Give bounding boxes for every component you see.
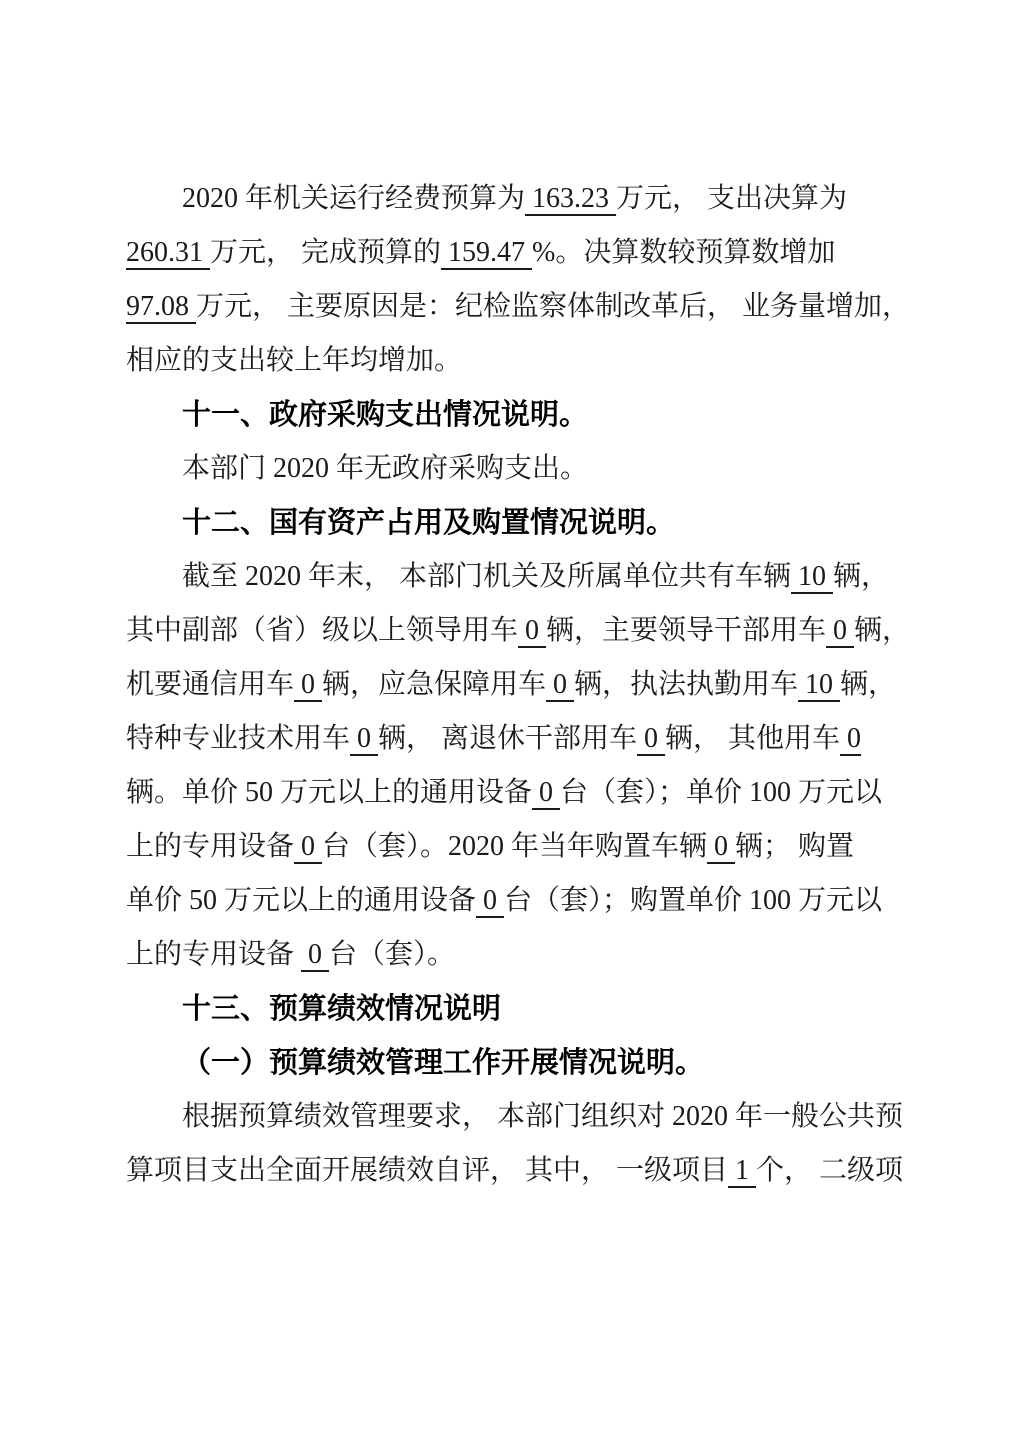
text-line: 上的专用设备 0 台（套）。2020 年当年购置车辆 0 辆； 购置 <box>126 820 926 874</box>
text-run: 十一、政府采购支出情况说明。 <box>182 399 588 431</box>
text-run: 算项目支出全面开展绩效自评， 其中， 一级项目 <box>126 1155 728 1186</box>
document-page: 2020 年机关运行经费预算为 163.23 万元， 支出决算为260.31 万… <box>0 0 1024 1448</box>
text-run: 万元， 支出决算为 <box>616 183 847 214</box>
text-run: 万元， 完成预算的 <box>210 237 441 268</box>
text-run: 辆，应急保障用车 <box>322 669 546 700</box>
text-run: 2020 年机关运行经费预算为 <box>182 183 525 214</box>
heading-line: 十二、国有资产占用及购置情况说明。 <box>126 496 926 550</box>
underlined-value: 0 <box>546 669 574 700</box>
text-run: 台（套）；购置单价 100 万元以 <box>504 885 882 916</box>
text-line: 97.08 万元， 主要原因是：纪检监察体制改革后， 业务量增加， <box>126 280 926 334</box>
text-line: 根据预算绩效管理要求， 本部门组织对 2020 年一般公共预 <box>126 1090 926 1144</box>
underlined-value: 0 <box>350 723 378 754</box>
heading-line: 十一、政府采购支出情况说明。 <box>126 388 926 442</box>
text-run: 辆， 其他用车 <box>665 723 840 754</box>
text-line: 截至 2020 年末， 本部门机关及所属单位共有车辆 10 辆， <box>126 550 926 604</box>
text-run: 台（套）；单价 100 万元以 <box>560 777 882 808</box>
text-run: 上的专用设备 <box>126 831 294 862</box>
text-run: 上的专用设备 <box>126 939 301 970</box>
heading-line: 十三、预算绩效情况说明 <box>126 982 926 1036</box>
text-line: 260.31 万元， 完成预算的 159.47 %。决算数较预算数增加 <box>126 226 926 280</box>
text-line: 上的专用设备 0 台（套）。 <box>126 928 926 982</box>
underlined-value: 0 <box>826 615 854 646</box>
text-run: 个， 二级项 <box>756 1155 903 1186</box>
underlined-value: 0 <box>637 723 665 754</box>
text-run: 辆， 离退休干部用车 <box>378 723 637 754</box>
underlined-value: 0 <box>476 885 504 916</box>
underlined-value: 0 <box>518 615 546 646</box>
underlined-value: 10 <box>791 561 833 592</box>
text-run: 辆，主要领导干部用车 <box>546 615 826 646</box>
text-run: %。决算数较预算数增加 <box>532 237 835 268</box>
text-run: 十三、预算绩效情况说明 <box>182 993 501 1025</box>
text-run: 机要通信用车 <box>126 669 294 700</box>
text-line: 辆。单价 50 万元以上的通用设备 0 台（套）；单价 100 万元以 <box>126 766 926 820</box>
text-run: 相应的支出较上年均增加。 <box>126 345 462 376</box>
text-run: 辆。单价 50 万元以上的通用设备 <box>126 777 532 808</box>
document-body: 2020 年机关运行经费预算为 163.23 万元， 支出决算为260.31 万… <box>126 172 926 1198</box>
text-line: 特种专业技术用车 0 辆， 离退休干部用车 0 辆， 其他用车 0 <box>126 712 926 766</box>
text-line: 本部门 2020 年无政府采购支出。 <box>126 442 926 496</box>
underlined-value: 1 <box>728 1155 756 1186</box>
text-run: 辆， <box>840 669 896 700</box>
underlined-value: 97.08 <box>126 291 196 322</box>
text-line: 机要通信用车 0 辆，应急保障用车 0 辆，执法执勤用车 10 辆， <box>126 658 926 712</box>
text-line: 2020 年机关运行经费预算为 163.23 万元， 支出决算为 <box>126 172 926 226</box>
text-run: 根据预算绩效管理要求， 本部门组织对 2020 年一般公共预 <box>182 1101 903 1132</box>
underlined-value: 260.31 <box>126 237 210 268</box>
text-run: 辆， <box>833 561 889 592</box>
text-run: （一）预算绩效管理工作开展情况说明。 <box>182 1047 704 1079</box>
text-run: 台（套）。2020 年当年购置车辆 <box>322 831 707 862</box>
text-run: 万元， 主要原因是：纪检监察体制改革后， 业务量增加， <box>196 291 910 322</box>
text-run: 截至 2020 年末， 本部门机关及所属单位共有车辆 <box>182 561 791 592</box>
underlined-value: 0 <box>707 831 735 862</box>
underlined-value: 0 <box>840 723 861 754</box>
text-run: 辆，执法执勤用车 <box>574 669 798 700</box>
underlined-value: 163.23 <box>525 183 616 214</box>
text-run: 辆； 购置 <box>735 831 854 862</box>
underlined-value: 159.47 <box>441 237 532 268</box>
text-run: 本部门 2020 年无政府采购支出。 <box>182 453 588 484</box>
text-run: 十二、国有资产占用及购置情况说明。 <box>182 507 675 539</box>
heading-line: （一）预算绩效管理工作开展情况说明。 <box>126 1036 926 1090</box>
text-line: 算项目支出全面开展绩效自评， 其中， 一级项目 1 个， 二级项 <box>126 1144 926 1198</box>
underlined-value: 0 <box>301 939 329 970</box>
underlined-value: 0 <box>532 777 560 808</box>
text-run: 单价 50 万元以上的通用设备 <box>126 885 476 916</box>
text-run: 台（套）。 <box>329 939 455 970</box>
text-run: 其中副部（省）级以上领导用车 <box>126 615 518 646</box>
text-line: 单价 50 万元以上的通用设备 0 台（套）；购置单价 100 万元以 <box>126 874 926 928</box>
text-run: 特种专业技术用车 <box>126 723 350 754</box>
underlined-value: 0 <box>294 831 322 862</box>
text-line: 其中副部（省）级以上领导用车 0 辆，主要领导干部用车 0 辆， <box>126 604 926 658</box>
text-run: 辆， <box>854 615 910 646</box>
underlined-value: 10 <box>798 669 840 700</box>
underlined-value: 0 <box>294 669 322 700</box>
text-line: 相应的支出较上年均增加。 <box>126 334 926 388</box>
